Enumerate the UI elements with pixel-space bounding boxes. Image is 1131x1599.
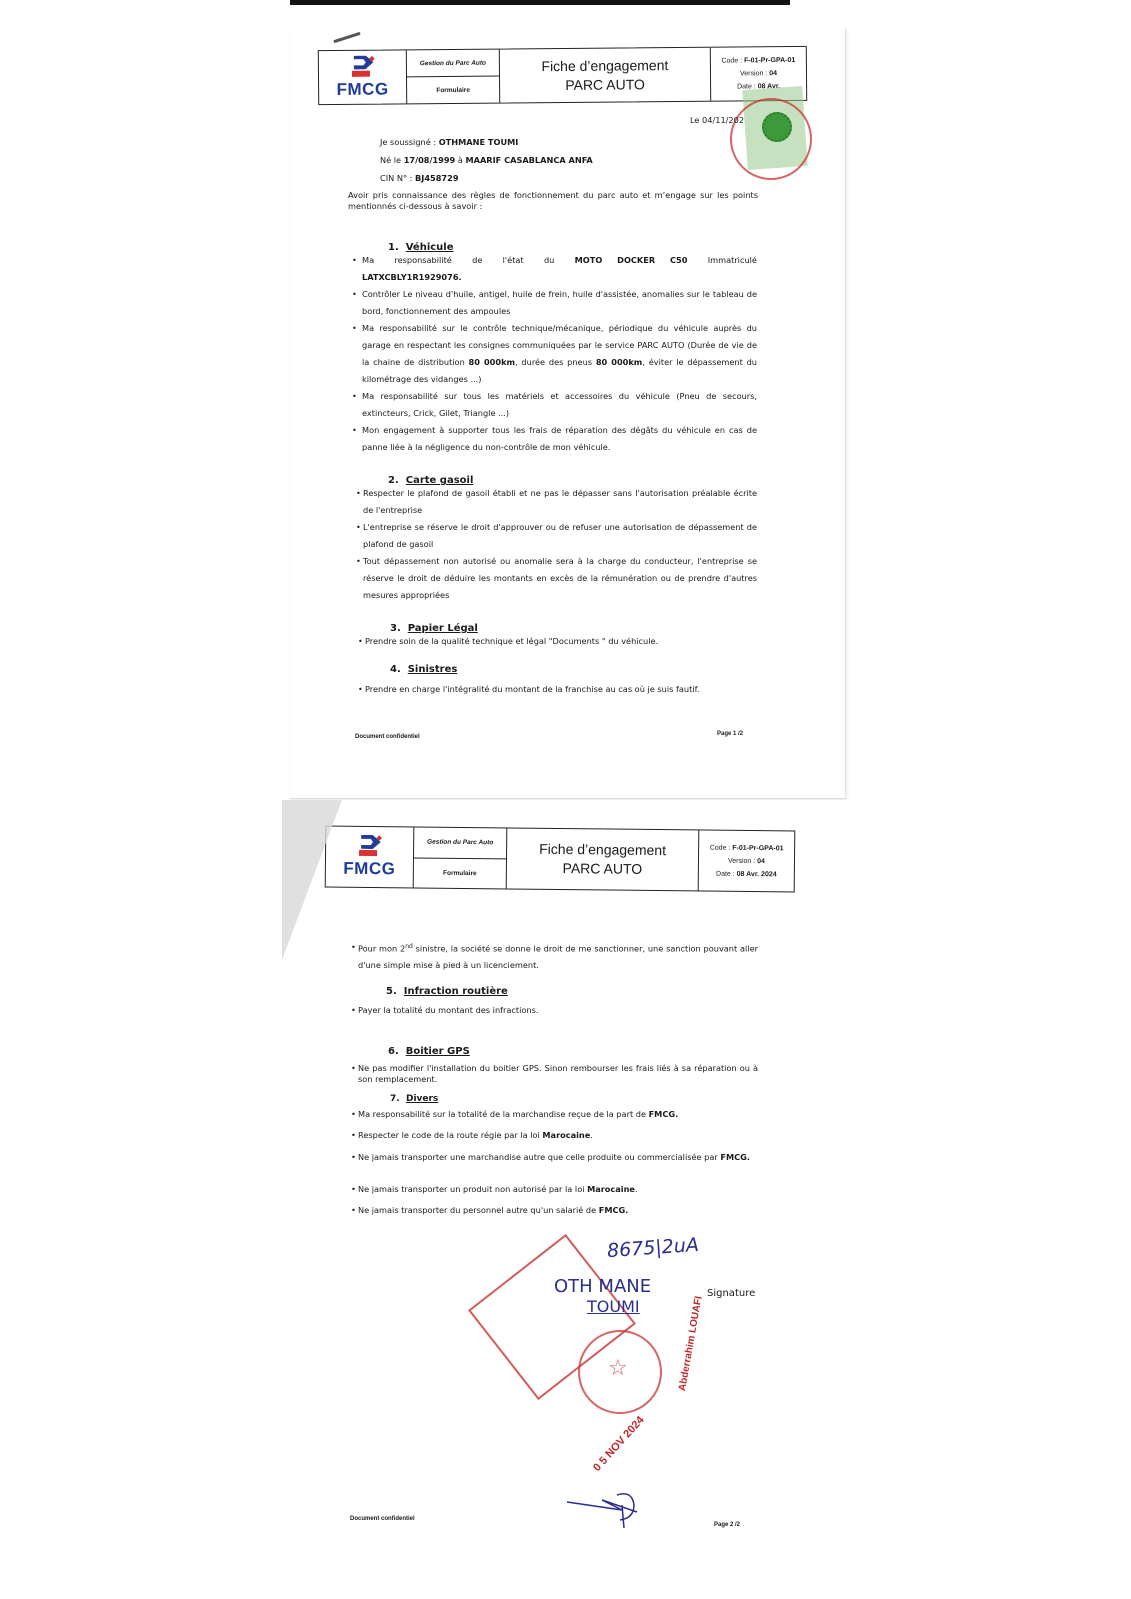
form-meta: Code : F-01-Pr-GPA-01 Version : 04 Date … (699, 830, 795, 891)
company-logo: FMCG (319, 50, 407, 104)
date-label: Date : (716, 870, 737, 877)
department-label: Gestion du Parc Auto (407, 50, 499, 78)
fmcg-arrow-icon (347, 55, 377, 79)
handwritten-name-line-1: OTH MANE (554, 1276, 651, 1297)
section-num: 5. (386, 986, 397, 997)
list-item: Respecter le plafond de gasoil établi et… (363, 485, 757, 519)
section-gps-heading: 6. Boitier GPS (388, 1046, 470, 1057)
form-header: FMCG Gestion du Parc Auto Formulaire Fic… (318, 46, 807, 105)
page-number: Page 1 /2 (717, 731, 743, 737)
section-title: Sinistres (408, 664, 458, 675)
page-fold-shadow (282, 800, 342, 960)
code-label: Code : (721, 57, 744, 64)
footer-confidential: Document confidentiel (350, 1516, 415, 1522)
list-item: Prendre en charge l'intégralité du monta… (365, 681, 759, 698)
item-text: Pour mon 2 (358, 944, 405, 954)
list-item: Ne pas modifier l'installation du boitie… (358, 1063, 758, 1085)
birth-date: 17/08/1999 (404, 155, 456, 165)
fmcg-arrow-icon (354, 835, 384, 859)
title-line-2: PARC AUTO (565, 75, 645, 95)
version-value: 04 (757, 858, 765, 865)
cin-line: CIN N° : BJ458729 (380, 170, 459, 187)
birth-place: MAARIF CASABLANCA ANFA (465, 155, 592, 165)
list-item: Mon engagement à supporter tous les frai… (362, 422, 757, 456)
legalization-stamp (730, 98, 812, 180)
page-number: Page 2 /2 (714, 1522, 740, 1528)
list-item: Ne jamais transporter un produit non aut… (358, 1184, 758, 1195)
logo-text: FMCG (336, 79, 388, 99)
document-date: Le 04/11/202 (690, 112, 744, 129)
form-header: FMCG Gestion du Parc Auto Formulaire Fic… (325, 826, 796, 893)
vehicle-model: MOTO DOCKER C50 (575, 252, 688, 269)
version-label: Version : (728, 857, 757, 864)
doc-type-label: Formulaire (414, 858, 506, 888)
section-title: Infraction routière (404, 986, 508, 997)
cin-value: BJ458729 (415, 173, 458, 183)
birth-line: Né le 17/08/1999 à MAARIF CASABLANCA ANF… (380, 152, 593, 169)
item-text: sinistre, la société se donne le droit d… (358, 944, 758, 970)
code-label: Code : (710, 844, 733, 851)
document-page-2: FMCG Gestion du Parc Auto Formulaire Fic… (282, 800, 847, 1599)
version-label: Version : (740, 70, 769, 77)
tire-km: 80 000km (596, 357, 643, 367)
list-item: Tout dépassement non autorisé ou anomali… (363, 553, 757, 604)
section-num: 6. (388, 1046, 399, 1057)
form-title: Fiche d’engagement PARC AUTO (507, 828, 700, 890)
section-sinistres-heading: 4. Sinistres (390, 664, 457, 675)
soussigne-label: Je soussigné : (380, 137, 439, 147)
section-num: 4. (390, 664, 401, 675)
soussigne-line: Je soussigné : OTHMANE TOUMI (380, 134, 518, 151)
list-item: Ne jamais transporter une marchandise au… (358, 1152, 758, 1163)
section-title: Divers (406, 1094, 438, 1104)
title-line-1: Fiche d’engagement (541, 56, 668, 76)
list-item: Ma responsabilité sur le contrôle techni… (362, 320, 757, 388)
official-round-stamp: ☆ (578, 1330, 662, 1414)
list-item: Pour mon 2nd sinistre, la société se don… (358, 939, 758, 973)
doc-type-label: Formulaire (407, 77, 499, 104)
code-value: F-01-Pr-GPA-01 (744, 57, 795, 64)
signature-label: Signature (707, 1288, 755, 1299)
scan-edge-bar (290, 0, 790, 5)
stamp-official-name: Abderrahim LOUAFI (677, 1295, 705, 1392)
stamp-date: 0 5 NOV 2024 (591, 1414, 647, 1474)
handwritten-name-line-2: TOUMI (587, 1297, 640, 1316)
list-item: Ma responsabilité sur la totalité de la … (358, 1109, 758, 1120)
department-label: Gestion du Parc Auto (414, 827, 506, 858)
chain-km: 80 000km (469, 357, 516, 367)
section-divers-heading: 7. Divers (390, 1094, 438, 1104)
list-item: Maresponsabilitédel'étatduMOTO DOCKER C5… (362, 252, 757, 286)
birth-at: à (455, 155, 465, 165)
form-title: Fiche d’engagement PARC AUTO (500, 48, 711, 103)
logo-text: FMCG (343, 859, 395, 880)
title-line-1: Fiche d’engagement (539, 840, 666, 860)
list-item: Ne jamais transporter du personnel autre… (358, 1205, 758, 1216)
item-sup: nd (405, 943, 413, 950)
list-item: Payer la totalité du montant des infract… (358, 1004, 758, 1016)
handwritten-number: 8675|2uA (606, 1234, 699, 1262)
section-num: 7. (390, 1094, 400, 1104)
section-title: Boitier GPS (406, 1046, 470, 1057)
employee-name: OTHMANE TOUMI (439, 137, 519, 147)
vehicle-plate: LATXCBLY1R1929076. (362, 272, 462, 282)
list-item: Ma responsabilité sur tous les matériels… (362, 388, 757, 422)
section-infraction-heading: 5. Infraction routière (386, 986, 508, 997)
version-value: 04 (769, 70, 777, 77)
title-line-2: PARC AUTO (562, 859, 642, 879)
list-item: L'entreprise se réserve le droit d'appro… (363, 519, 757, 553)
code-value: F-01-Pr-GPA-01 (732, 844, 783, 852)
signature-scribble (562, 1490, 652, 1530)
intro-paragraph: Avoir pris connaissance des règles de fo… (348, 190, 758, 212)
list-item: Respecter le code de la route régie par … (358, 1130, 758, 1141)
date-value: 08 Avr. 2024 (737, 870, 777, 877)
star-icon: ☆ (608, 1356, 628, 1381)
birth-label: Né le (380, 155, 404, 165)
footer-confidential: Document confidentiel (355, 734, 420, 740)
document-page-1: FMCG Gestion du Parc Auto Formulaire Fic… (290, 28, 846, 799)
list-item: Contrôler Le niveau d'huile, antigel, hu… (362, 286, 757, 320)
list-item: Prendre soin de la qualité technique et … (365, 633, 759, 650)
cin-label: CIN N° : (380, 173, 415, 183)
